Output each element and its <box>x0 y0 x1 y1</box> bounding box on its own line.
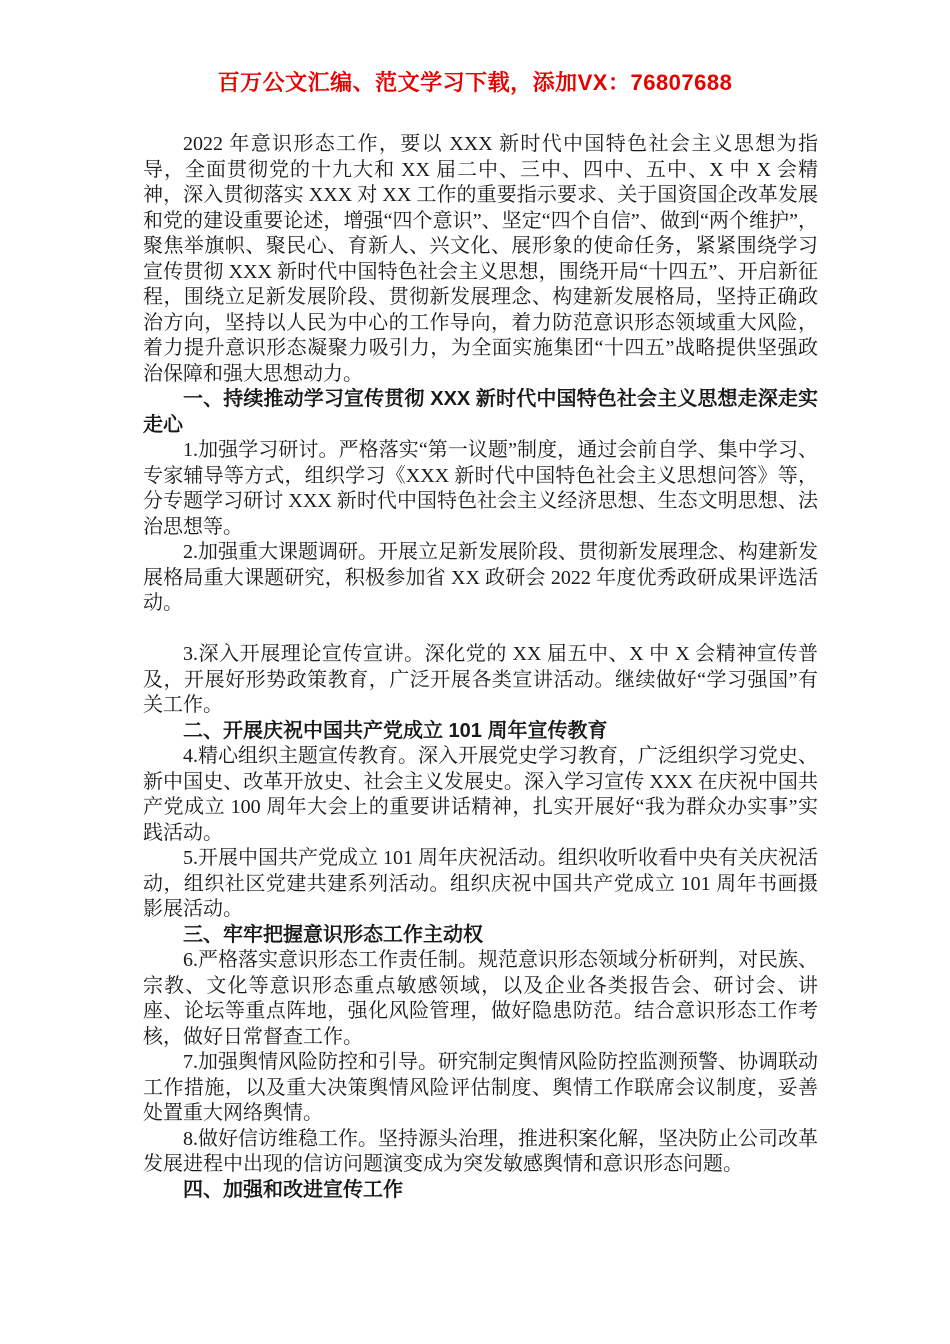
paragraph-item-3: 3.深入开展理论宣传宣讲。深化党的 XX 届五中、X 中 X 会精神宣传普及，开… <box>143 642 818 719</box>
paragraph-item-8: 8.做好信访维稳工作。坚持源头治理，推进积案化解，坚决防止公司改革发展进程中出现… <box>143 1127 818 1178</box>
document-page: 百万公文汇编、范文学习下载，添加VX：76807688 2022 年意识形态工作… <box>0 0 950 1344</box>
paragraph-item-1: 1.加强学习研讨。严格落实“第一议题”制度，通过会前自学、集中学习、专家辅导等方… <box>143 438 818 540</box>
section-heading-3: 三、牢牢把握意识形态工作主动权 <box>143 923 818 949</box>
section-heading-1: 一、持续推动学习宣传贯彻 XXX 新时代中国特色社会主义思想走深走实走心 <box>143 387 818 438</box>
section-heading-2: 二、开展庆祝中国共产党成立 101 周年宣传教育 <box>143 719 818 745</box>
promo-header-notice: 百万公文汇编、范文学习下载，添加VX：76807688 <box>0 68 950 98</box>
paragraph-intro: 2022 年意识形态工作，要以 XXX 新时代中国特色社会主义思想为指导，全面贯… <box>143 132 818 387</box>
paragraph-item-7: 7.加强舆情风险防控和引导。研究制定舆情风险防控监测预警、协调联动工作措施，以及… <box>143 1050 818 1127</box>
paragraph-item-5: 5.开展中国共产党成立 101 周年庆祝活动。组织收听收看中央有关庆祝活动，组织… <box>143 846 818 923</box>
document-body: 2022 年意识形态工作，要以 XXX 新时代中国特色社会主义思想为指导，全面贯… <box>143 132 818 1203</box>
paragraph-item-4: 4.精心组织主题宣传教育。深入开展党史学习教育，广泛组织学习党史、新中国史、改革… <box>143 744 818 846</box>
paragraph-item-2: 2.加强重大课题调研。开展立足新发展阶段、贯彻新发展理念、构建新发展格局重大课题… <box>143 540 818 617</box>
paragraph-item-6: 6.严格落实意识形态工作责任制。规范意识形态领域分析研判，对民族、宗教、文化等意… <box>143 948 818 1050</box>
section-heading-4: 四、加强和改进宣传工作 <box>143 1178 818 1204</box>
